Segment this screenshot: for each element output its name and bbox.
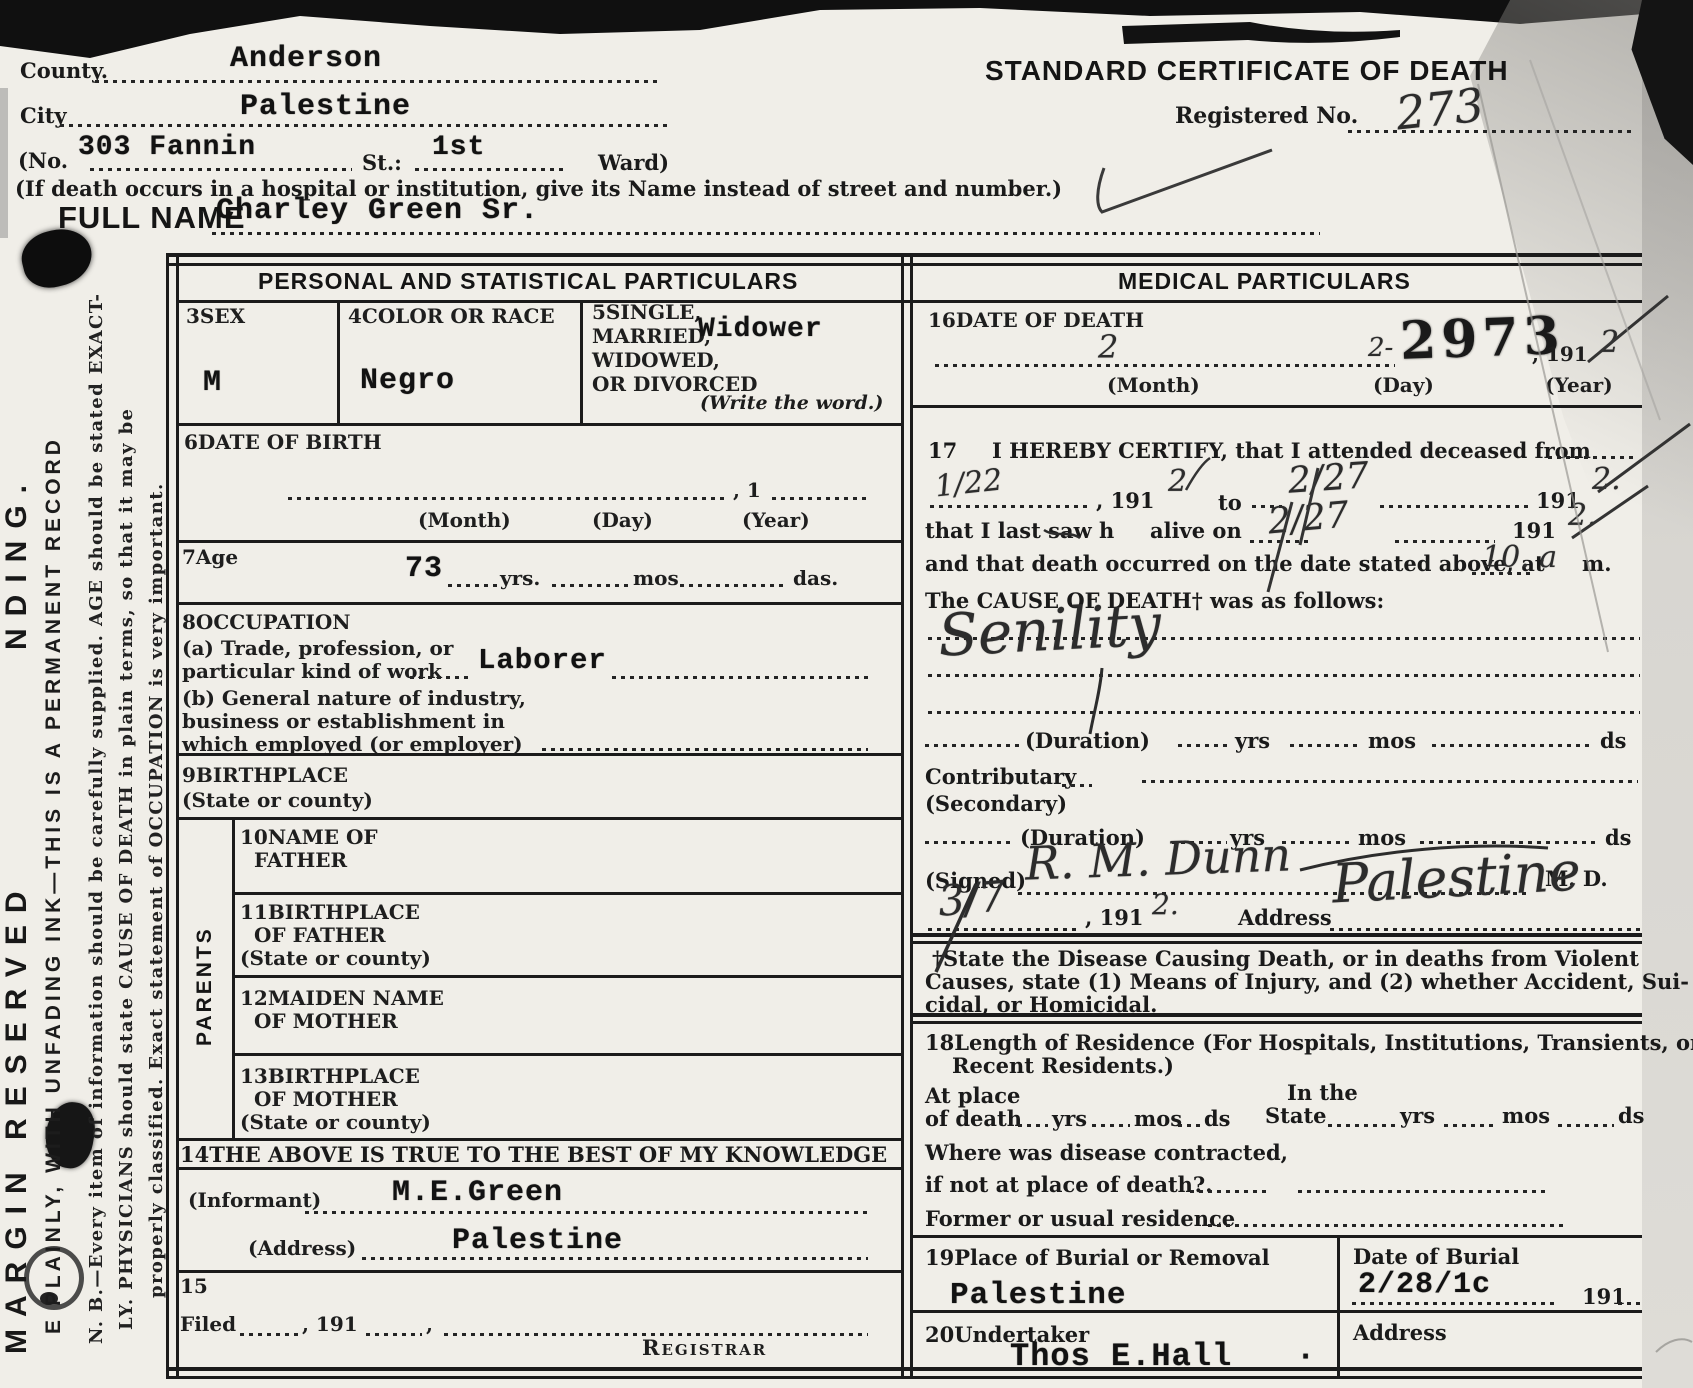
row-border bbox=[176, 817, 904, 820]
dotted-line bbox=[1432, 744, 1592, 747]
dotted-line bbox=[410, 676, 470, 679]
mother-name-label-2: OF MOTHER bbox=[254, 1009, 398, 1033]
statement-label: 14THE ABOVE IS TRUE TO THE BEST OF MY KN… bbox=[180, 1142, 887, 1167]
margin-binding-text-1: MARGIN RESERVED bbox=[0, 880, 34, 1355]
date-of-death-month-handwritten: 2 bbox=[1098, 328, 1118, 366]
margin-nb-line-1: N. B.—Every item of information should b… bbox=[86, 293, 107, 1344]
row-border bbox=[911, 933, 1642, 937]
occupation-b2: business or establishment in bbox=[182, 709, 505, 733]
dod-month-label: (Month) bbox=[1107, 373, 1200, 397]
father-birthplace-label-1: 11BIRTHPLACE bbox=[240, 900, 420, 924]
mother-birthplace-label-1: 13BIRTHPLACE bbox=[240, 1064, 420, 1088]
dob-year-label: (Year) bbox=[742, 508, 810, 532]
filed-label: Filed bbox=[180, 1312, 236, 1336]
undertaker-value: Thos E.Hall bbox=[1010, 1338, 1232, 1375]
dotted-line bbox=[1352, 1302, 1557, 1305]
row-border bbox=[176, 753, 904, 756]
dotted-line bbox=[542, 748, 868, 751]
death-occurred-label: and that death occurred on the date stat… bbox=[925, 551, 1545, 576]
top-ink-wedge bbox=[1122, 22, 1400, 44]
parents-label: PARENTS bbox=[193, 926, 217, 1046]
registrar-label: Registrar bbox=[642, 1335, 767, 1360]
sex-label: 3SEX bbox=[186, 304, 245, 328]
dotted-line bbox=[1330, 928, 1640, 931]
mother-birthplace-label-2: OF MOTHER bbox=[254, 1087, 398, 1111]
marital-hint: (Write the word.) bbox=[700, 392, 883, 414]
dotted-line bbox=[1328, 1124, 1396, 1127]
from-year-prefix: , 191 bbox=[1096, 488, 1154, 513]
last-saw-label-2: alive on bbox=[1150, 518, 1242, 543]
dotted-line bbox=[1558, 1124, 1614, 1127]
dotted-line bbox=[1018, 1124, 1048, 1127]
filed-num: 15 bbox=[180, 1274, 208, 1298]
duration-yrs-label: yrs bbox=[1235, 728, 1270, 753]
dob-month-label: (Month) bbox=[418, 508, 511, 532]
cell-border bbox=[580, 300, 583, 423]
in-the-label-2: State bbox=[1265, 1103, 1327, 1128]
attended-to-date-handwritten: 2/27 bbox=[1287, 455, 1371, 502]
at-place-label-1: At place bbox=[925, 1083, 1020, 1108]
signature-year-prefix: , 191 bbox=[1085, 905, 1143, 930]
dotted-line bbox=[362, 1257, 868, 1260]
registered-no-label: Registered No. bbox=[1175, 103, 1358, 129]
residence-label-1: 18Length of Residence (For Hospitals, In… bbox=[925, 1030, 1693, 1055]
row-border bbox=[911, 405, 1642, 408]
certify-text: I HEREBY CERTIFY, that I attended deceas… bbox=[992, 438, 1591, 463]
table-border bbox=[910, 253, 913, 1379]
dotted-line bbox=[1290, 744, 1360, 747]
table-border bbox=[166, 263, 1642, 266]
dotted-line bbox=[95, 80, 660, 83]
physician-signature: R. M. Dunn bbox=[1024, 827, 1292, 890]
age-label: 7Age bbox=[182, 545, 238, 569]
dotted-line bbox=[930, 505, 1090, 508]
dotted-line bbox=[90, 168, 352, 171]
time-m-label: m. bbox=[1582, 551, 1612, 576]
res-ds-1: ds bbox=[1204, 1106, 1231, 1131]
informant-label: (Informant) bbox=[188, 1188, 321, 1212]
row-border bbox=[911, 1021, 1642, 1024]
margin-permanent-record-text: E PLAINLY, WITH UNFADING INK—THIS IS A P… bbox=[42, 436, 66, 1334]
last-saw-year-handwritten: 2. bbox=[1568, 498, 1597, 533]
street-value: 303 Fannin bbox=[78, 132, 256, 163]
dotted-line bbox=[288, 497, 728, 500]
dob-day-label: (Day) bbox=[592, 508, 653, 532]
age-value: 73 bbox=[405, 552, 443, 586]
at-place-label-2: of death bbox=[925, 1106, 1022, 1131]
occupation-a2: particular kind of work bbox=[182, 659, 442, 683]
filed-year-label: , 191 bbox=[302, 1312, 358, 1336]
mother-name-label-1: 12MAIDEN NAME bbox=[240, 986, 444, 1010]
dotted-line bbox=[680, 584, 788, 587]
contributary-label: Contributary bbox=[925, 764, 1076, 789]
dotted-line bbox=[1062, 784, 1092, 787]
birthplace-label: 9BIRTHPLACE bbox=[182, 763, 348, 787]
dotted-line bbox=[1298, 1190, 1548, 1193]
senility-tail bbox=[1090, 668, 1102, 734]
signature-year-handwritten: 2. bbox=[1152, 888, 1179, 921]
dotted-line bbox=[1548, 456, 1638, 459]
date-of-death-year-prefix: , 191 bbox=[1532, 342, 1588, 366]
duration-label: (Duration) bbox=[1025, 728, 1150, 753]
burial-date-label: Date of Burial bbox=[1353, 1244, 1519, 1269]
informant-address-value: Palestine bbox=[452, 1224, 623, 1258]
table-border bbox=[166, 1376, 1642, 1379]
ward-label: Ward) bbox=[598, 150, 669, 175]
in-the-label-1: In the bbox=[1287, 1080, 1358, 1105]
street-no-label: (No. bbox=[18, 148, 68, 173]
time-of-death-handwritten: 10. a bbox=[1482, 540, 1557, 575]
where-contracted-label: Where was disease contracted, bbox=[925, 1140, 1288, 1165]
dotted-line bbox=[1618, 1302, 1642, 1305]
dotted-line bbox=[928, 928, 1078, 931]
row-border bbox=[232, 1053, 904, 1056]
cause-of-death-value: Senility bbox=[936, 590, 1162, 670]
dotted-line bbox=[448, 584, 498, 587]
dotted-line bbox=[925, 744, 1020, 747]
dotted-line bbox=[772, 497, 866, 500]
row-border bbox=[176, 1138, 904, 1141]
ward-value: 1st bbox=[432, 132, 485, 163]
burial-191-label: 191 bbox=[1582, 1284, 1626, 1309]
birthplace-hint: (State or county) bbox=[182, 788, 373, 812]
dotted-line bbox=[552, 584, 628, 587]
former-residence-label: Former or usual residence bbox=[925, 1206, 1235, 1231]
dotted-line bbox=[1348, 130, 1632, 133]
dotted-line bbox=[1178, 1124, 1200, 1127]
res-yrs-2: yrs bbox=[1400, 1103, 1435, 1128]
filed-comma: , bbox=[426, 1312, 433, 1336]
dotted-line bbox=[935, 364, 1395, 367]
dotted-line bbox=[1208, 1224, 1566, 1227]
dotted-line bbox=[1444, 1124, 1498, 1127]
last-saw-date-handwritten: 2/27 bbox=[1266, 495, 1350, 543]
duration2-mos-label: mos bbox=[1358, 825, 1406, 850]
informant-value: M.E.Green bbox=[392, 1176, 563, 1210]
row-border bbox=[911, 941, 1642, 944]
certify-num: 17 bbox=[928, 438, 957, 463]
res-yrs-1: yrs bbox=[1052, 1106, 1087, 1131]
city-value: Palestine bbox=[240, 90, 411, 124]
physician-address-label: Address bbox=[1238, 905, 1332, 930]
dotted-line bbox=[612, 676, 868, 679]
death-certificate-document: County. Anderson City Palestine (No. 303… bbox=[0, 0, 1693, 1388]
dotted-line bbox=[1092, 1124, 1130, 1127]
dotted-line bbox=[928, 674, 1640, 677]
dotted-line bbox=[1395, 540, 1495, 543]
row-border bbox=[911, 1310, 1642, 1313]
undertaker-address-label: Address bbox=[1353, 1320, 1447, 1345]
occupation-value: Laborer bbox=[478, 644, 607, 677]
occupation-label: 8OCCUPATION bbox=[182, 610, 351, 634]
father-birthplace-label-2: OF FATHER bbox=[254, 923, 386, 947]
burial-date-value: 2/28/1c bbox=[1358, 1268, 1491, 1302]
age-das-label: das. bbox=[793, 566, 838, 590]
res-mos-2: mos bbox=[1502, 1103, 1550, 1128]
row-border bbox=[232, 975, 904, 978]
race-label: 4COLOR OR RACE bbox=[348, 304, 555, 328]
row-border bbox=[911, 1235, 1642, 1238]
dotted-line bbox=[1380, 505, 1528, 508]
margin-binding-text-2: NDING. bbox=[0, 473, 34, 650]
row-border bbox=[232, 892, 904, 895]
row-border bbox=[176, 423, 904, 426]
dotted-line bbox=[60, 124, 672, 127]
table-border bbox=[166, 1367, 1642, 1371]
signature-date-handwritten: 3/7 bbox=[936, 871, 1008, 926]
dod-year-label: (Year) bbox=[1545, 373, 1613, 397]
to-year-handwritten: 2. bbox=[1592, 462, 1621, 497]
row-border bbox=[176, 540, 904, 543]
dotted-line bbox=[925, 841, 1015, 844]
personal-section-title: PERSONAL AND STATISTICAL PARTICULARS bbox=[258, 268, 798, 295]
table-border bbox=[176, 253, 179, 1379]
date-of-death-day-handwritten: 2- bbox=[1368, 333, 1393, 363]
full-name-value: Charley Green Sr. bbox=[216, 194, 539, 228]
street-suffix-label: St.: bbox=[362, 150, 402, 175]
margin-nb-line-3: properly classified. Exact statement of … bbox=[146, 482, 167, 1298]
duration-mos-label: mos bbox=[1368, 728, 1416, 753]
row-border bbox=[176, 1167, 904, 1170]
medical-section-title: MEDICAL PARTICULARS bbox=[1118, 268, 1411, 295]
duration-ds-label: ds bbox=[1600, 728, 1627, 753]
scan-left-smear bbox=[0, 88, 8, 238]
marital-label-2: MARRIED, bbox=[592, 324, 711, 348]
occupation-b1: (b) General nature of industry, bbox=[182, 686, 526, 710]
row-border bbox=[176, 602, 904, 605]
burial-place-label: 19Place of Burial or Removal bbox=[925, 1245, 1270, 1270]
cell-border bbox=[1337, 1235, 1340, 1376]
row-border bbox=[911, 1013, 1642, 1017]
row-border bbox=[176, 1270, 904, 1273]
burial-place-value: Palestine bbox=[950, 1278, 1126, 1313]
undertaker-dot: · bbox=[1296, 1338, 1316, 1375]
to-label: to bbox=[1218, 490, 1242, 515]
age-mos-label: mos bbox=[633, 566, 679, 590]
dob-suffix: , 1 bbox=[733, 478, 761, 502]
dotted-line bbox=[415, 168, 565, 171]
father-name-label-1: 10NAME OF bbox=[240, 825, 378, 849]
dob-label: 6DATE OF BIRTH bbox=[184, 430, 382, 454]
res-ds-2: ds bbox=[1618, 1103, 1645, 1128]
sex-value: M bbox=[203, 366, 222, 400]
dotted-line bbox=[240, 1333, 298, 1336]
duration2-ds-label: ds bbox=[1605, 825, 1632, 850]
physician-address-value: Palestine bbox=[1331, 840, 1583, 916]
cell-border bbox=[337, 300, 340, 423]
checkmark-stroke bbox=[1098, 150, 1272, 212]
dotted-line bbox=[928, 711, 1640, 714]
footnote-line-2: Causes, state (1) Means of Injury, and (… bbox=[925, 969, 1689, 994]
age-yrs-label: yrs. bbox=[500, 566, 540, 590]
dotted-line bbox=[1178, 744, 1230, 747]
dotted-line bbox=[305, 1211, 868, 1214]
occupation-a1: (a) Trade, profession, or bbox=[182, 636, 453, 660]
informant-address-label: (Address) bbox=[248, 1236, 356, 1260]
mother-birthplace-label-3: (State or county) bbox=[240, 1110, 431, 1134]
date-of-death-year-handwritten: 2 bbox=[1600, 325, 1619, 360]
if-not-label: if not at place of death?. bbox=[925, 1172, 1213, 1197]
last-saw-label-1: that I last saw h bbox=[925, 518, 1114, 543]
table-border bbox=[166, 253, 1642, 257]
secondary-label: (Secondary) bbox=[925, 791, 1067, 816]
marital-value: Widower bbox=[698, 314, 823, 345]
dotted-line bbox=[1282, 841, 1350, 844]
dotted-line bbox=[366, 1333, 422, 1336]
dod-day-label: (Day) bbox=[1373, 373, 1434, 397]
father-birthplace-label-3: (State or county) bbox=[240, 946, 431, 970]
county-value: Anderson bbox=[230, 42, 382, 76]
footnote-line-1: †State the Disease Causing Death, or in … bbox=[932, 946, 1639, 971]
dotted-line bbox=[1190, 1190, 1270, 1193]
dotted-line bbox=[1142, 780, 1638, 783]
margin-nb-line-2: LY. PHYSICIANS should state CAUSE OF DEA… bbox=[116, 408, 137, 1330]
from-year-handwritten: 2 bbox=[1168, 464, 1187, 499]
table-border bbox=[901, 253, 904, 1379]
marital-label-3: WIDOWED, bbox=[592, 348, 720, 372]
dotted-line bbox=[212, 232, 1320, 235]
race-value: Negro bbox=[360, 364, 455, 398]
marital-label-1: 5SINGLE, bbox=[592, 300, 701, 324]
father-name-label-2: FATHER bbox=[254, 848, 347, 872]
residence-label-2: Recent Residents.) bbox=[952, 1053, 1174, 1078]
res-mos-1: mos bbox=[1134, 1106, 1182, 1131]
attended-from-date-handwritten: 1/22 bbox=[933, 463, 1004, 505]
table-border bbox=[176, 300, 1642, 303]
